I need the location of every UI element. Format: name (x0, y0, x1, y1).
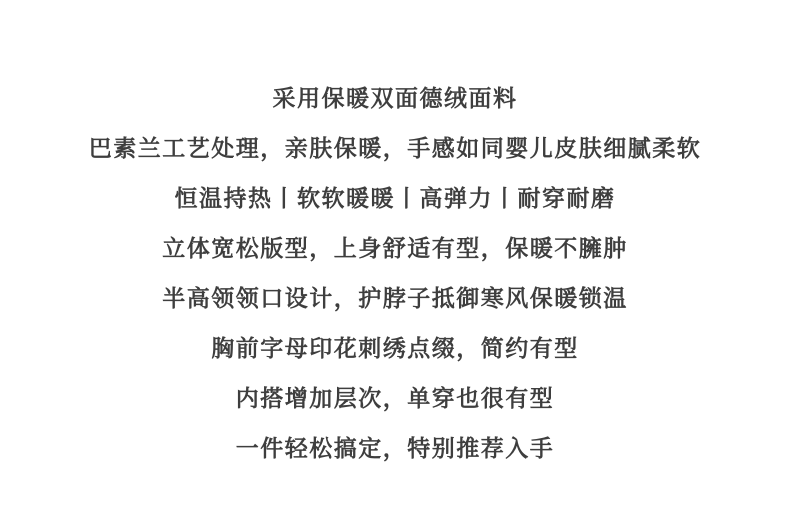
description-line: 巴素兰工艺处理，亲肤保暖，手感如同婴儿皮肤细腻柔软 (89, 123, 702, 173)
description-line: 恒温持热丨软软暖暖丨高弹力丨耐穿耐磨 (175, 173, 616, 223)
description-line: 胸前字母印花刺绣点缀，简约有型 (211, 323, 579, 373)
description-line: 内搭增加层次，单穿也很有型 (236, 373, 555, 423)
description-headline: 采用保暖双面德绒面料 (273, 73, 518, 123)
description-line: 一件轻松搞定，特别推荐入手 (236, 423, 555, 473)
product-description-panel: 采用保暖双面德绒面料 巴素兰工艺处理，亲肤保暖，手感如同婴儿皮肤细腻柔软 恒温持… (0, 0, 790, 505)
description-line: 半高领领口设计，护脖子抵御寒风保暖锁温 (162, 273, 628, 323)
description-line: 立体宽松版型，上身舒适有型，保暖不臃肿 (162, 223, 628, 273)
